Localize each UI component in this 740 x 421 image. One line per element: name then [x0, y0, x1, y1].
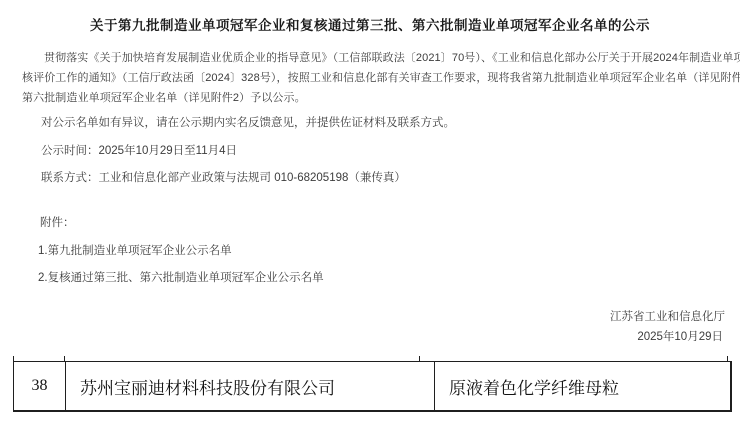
attachment-item-2: 2.复核通过第三批、第六批制造业单项冠军企业公示名单 [38, 269, 324, 285]
table-row: 38 苏州宝丽迪材料科技股份有限公司 原液着色化学纤维母粒 [14, 362, 730, 410]
publicity-period: 公示时间：2025年10月29日至11月4日 [41, 142, 237, 158]
champion-list-table: 38 苏州宝丽迪材料科技股份有限公司 原液着色化学纤维母粒 [13, 361, 732, 412]
attachments-label: 附件： [40, 214, 75, 230]
contact-info: 联系方式：工业和信息化部产业政策与法规司 010-68205198（兼传真） [41, 169, 406, 185]
feedback-note: 对公示名单如有异议，请在公示期内实名反馈意见，并提供佐证材料及联系方式。 [41, 114, 455, 130]
paragraph-line: 第六批制造业单项冠军企业名单（详见附件2）予以公示。 [22, 91, 722, 105]
company-name-cell: 苏州宝丽迪材料科技股份有限公司 [66, 362, 435, 410]
announcement-page: 关于第九批制造业单项冠军企业和复核通过第三批、第六批制造业单项冠军企业名单的公示… [0, 0, 740, 421]
issuer-name: 江苏省工业和信息化厅 [610, 308, 725, 324]
attachment-item-1: 1.第九批制造业单项冠军企业公示名单 [38, 242, 232, 258]
row-index-cell: 38 [14, 362, 66, 410]
issue-date: 2025年10月29日 [637, 328, 723, 344]
product-name-cell: 原液着色化学纤维母粒 [435, 362, 730, 410]
paragraph-line: 贯彻落实《关于加快培育发展制造业优质企业的指导意见》（工信部联政法〔2021〕7… [22, 51, 722, 65]
page-title: 关于第九批制造业单项冠军企业和复核通过第三批、第六批制造业单项冠军企业名单的公示 [0, 14, 740, 34]
paragraph-line: 核评价工作的通知》（工信厅政法函〔2024〕328号），按照工业和信息化部有关审… [22, 71, 722, 85]
